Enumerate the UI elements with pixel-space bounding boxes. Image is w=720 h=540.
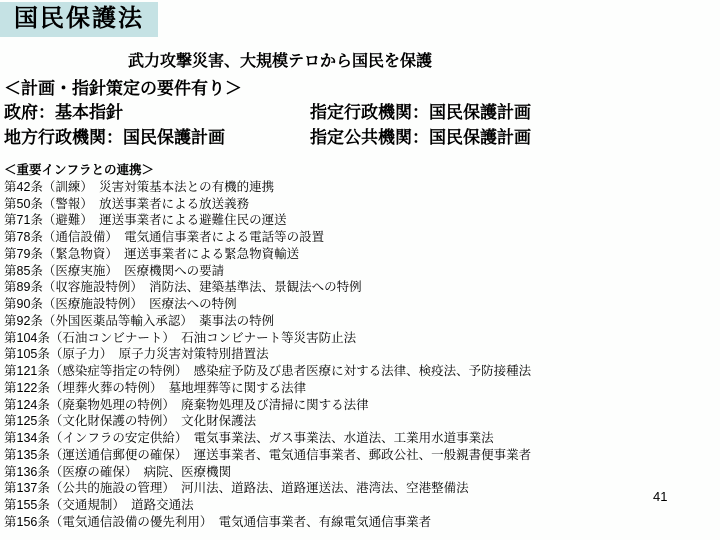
infra-item-article-122: 第122条（埋葬火葬の特例） 墓地埋葬等に関する法律 (4, 380, 716, 397)
infra-item-article-50: 第50条（警報） 放送事業者による放送義務 (4, 196, 716, 213)
planning-designated-public-entry: 指定公共機関：国民保護計画 (310, 123, 531, 148)
infra-item-article-124: 第124条（廃棄物処理の特例） 廃棄物処理及び清掃に関する法律 (4, 397, 716, 414)
infra-item-article-104: 第104条（石油コンビナート） 石油コンビナート等災害防止法 (4, 330, 716, 347)
infra-item-article-90: 第90条（医療施設特例） 医療法への特例 (4, 296, 716, 313)
infra-item-article-85: 第85条（医療実施） 医療機関への要請 (4, 263, 716, 280)
page-title: 国民保護法 (0, 2, 158, 37)
infra-item-article-136: 第136条（医療の確保） 病院、医療機関 (4, 464, 716, 481)
infrastructure-list: ＜重要インフラとの連携＞ 第42条（訓練） 災害対策基本法との有機的連携 第50… (4, 162, 716, 531)
infra-item-article-105: 第105条（原子力） 原子力災害対策特別措置法 (4, 346, 716, 363)
infrastructure-heading: ＜重要インフラとの連携＞ (4, 162, 716, 179)
infra-item-article-71: 第71条（避難） 運送事業者による避難住民の運送 (4, 212, 716, 229)
page-number: 41 (653, 489, 667, 504)
infra-item-article-156: 第156条（電気通信設備の優先利用） 電気通信事業者、有線電気通信事業者 (4, 514, 716, 531)
planning-government-entry: 政府：基本指針 (4, 98, 123, 123)
infra-item-article-92: 第92条（外国医薬品等輸入承認） 薬事法の特例 (4, 313, 716, 330)
planning-heading: ＜計画・指針策定の要件有り＞ (4, 74, 242, 99)
infra-item-article-137: 第137条（公共的施設の管理） 河川法、道路法、道路運送法、港湾法、空港整備法 (4, 480, 716, 497)
infra-item-article-125: 第125条（文化財保護の特例） 文化財保護法 (4, 413, 716, 430)
slide: 国民保護法 武力攻撃災害、大規模テロから国民を保護 ＜計画・指針策定の要件有り＞… (0, 0, 720, 540)
infra-item-article-42: 第42条（訓練） 災害対策基本法との有機的連携 (4, 179, 716, 196)
infra-item-article-155: 第155条（交通規制） 道路交通法 (4, 497, 716, 514)
planning-local-admin-entry: 地方行政機関：国民保護計画 (4, 123, 225, 148)
planning-designated-admin-entry: 指定行政機関：国民保護計画 (310, 98, 531, 123)
infra-item-article-79: 第79条（緊急物資） 運送事業者による緊急物資輸送 (4, 246, 716, 263)
infra-item-article-78: 第78条（通信設備） 電気通信事業者による電話等の設置 (4, 229, 716, 246)
infra-item-article-89: 第89条（収容施設特例） 消防法、建築基準法、景観法への特例 (4, 279, 716, 296)
infra-item-article-134: 第134条（インフラの安定供給） 電気事業法、ガス事業法、水道法、工業用水道事業… (4, 430, 716, 447)
infra-item-article-135: 第135条（運送通信郵便の確保） 運送事業者、電気通信事業者、郵政公社、一般親書… (4, 447, 716, 464)
subtitle: 武力攻撃災害、大規模テロから国民を保護 (128, 48, 432, 71)
infra-item-article-121: 第121条（感染症等指定の特例） 感染症予防及び患者医療に対する法律、検疫法、予… (4, 363, 716, 380)
